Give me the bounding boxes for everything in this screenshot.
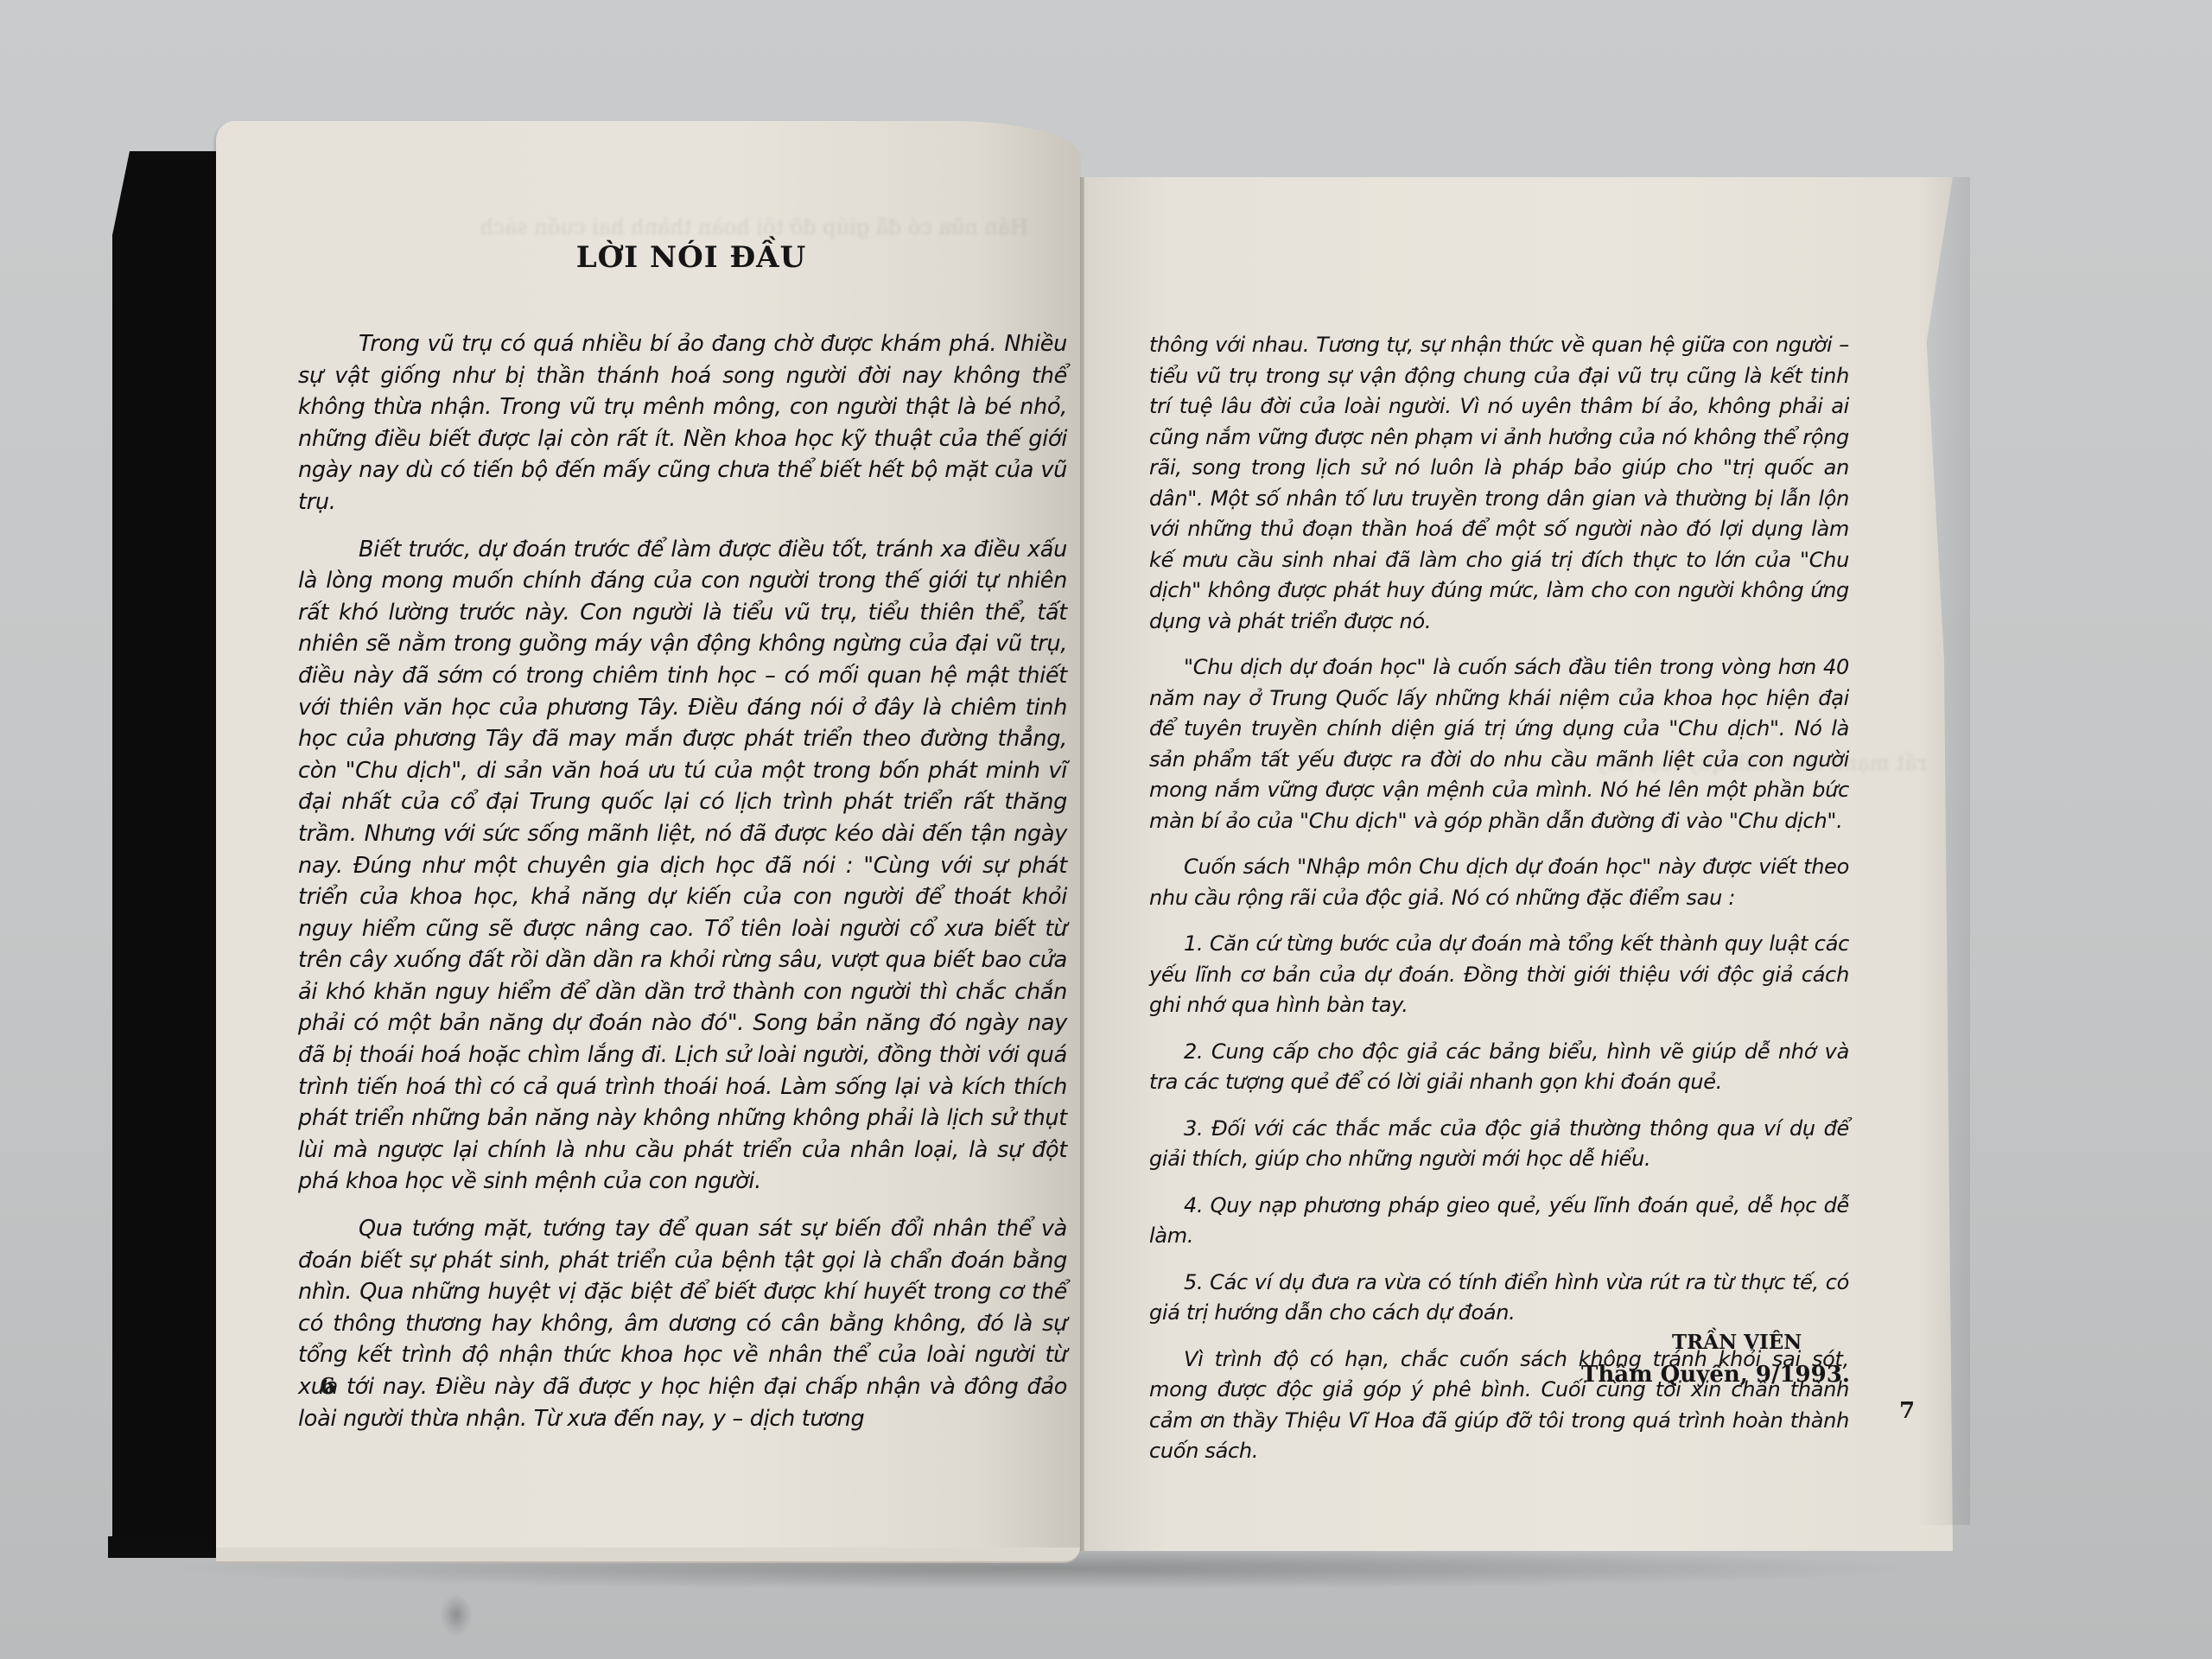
paragraph: Cuốn sách "Nhập môn Chu dịch dự đoán học…	[1149, 852, 1849, 913]
author-name: TRẦN VIÊN	[1672, 1331, 1802, 1354]
dust-speck	[441, 1594, 472, 1636]
list-item: 5. Các ví dụ đưa ra vừa có tính điển hìn…	[1149, 1268, 1849, 1329]
page-number-left: 6	[320, 1374, 335, 1400]
paragraph: "Chu dịch dự đoán học" là cuốn sách đầu …	[1149, 652, 1849, 836]
page-number-right: 7	[1899, 1398, 1915, 1424]
place-date: Thâm Quyến, 9/1993.	[1581, 1362, 1850, 1388]
show-through-text: Hán nữa có đã giúp đỡ tôi hoàn thành hai…	[320, 212, 1028, 243]
paragraph: Biết trước, dự đoán trước để làm được đi…	[298, 534, 1067, 1198]
list-item: 2. Cung cấp cho độc giả các bảng biểu, h…	[1149, 1037, 1849, 1098]
paragraph: Trong vũ trụ có quá nhiều bí ảo đang chờ…	[298, 328, 1067, 518]
paragraph: thông với nhau. Tương tự, sự nhận thức v…	[1149, 330, 1849, 637]
book-cover-back	[112, 151, 225, 1551]
list-item: 3. Đối với các thắc mắc của độc giả thườ…	[1149, 1114, 1849, 1175]
list-item: 1. Căn cứ từng bước của dự đoán mà tổng …	[1149, 929, 1849, 1021]
right-page-body: thông với nhau. Tương tự, sự nhận thức v…	[1149, 330, 1849, 1483]
paragraph: Qua tướng mặt, tướng tay để quan sát sự …	[298, 1213, 1067, 1434]
left-page-body: LỜI NÓI ĐẦU Trong vũ trụ có quá nhiều bí…	[298, 240, 1067, 1450]
page-title: LỜI NÓI ĐẦU	[315, 240, 1067, 275]
list-item: 4. Quy nạp phương pháp gieo quẻ, yếu lĩn…	[1149, 1191, 1849, 1252]
